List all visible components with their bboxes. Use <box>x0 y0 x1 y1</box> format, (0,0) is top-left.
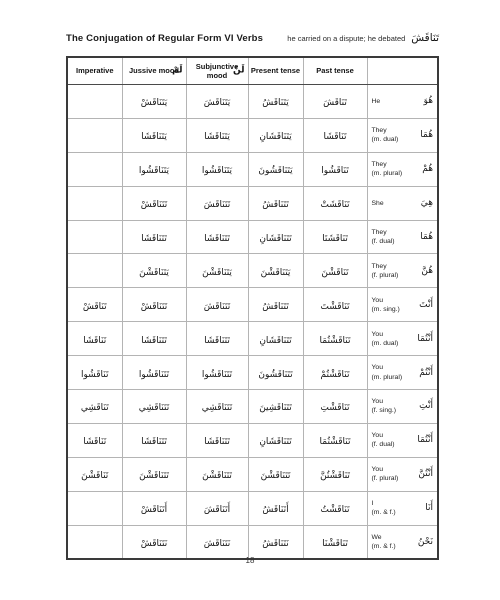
jussive-particle-arabic: لَمْ <box>172 65 182 76</box>
imperative-cell <box>67 85 122 119</box>
jussive-cell: تَتَنَاقَشُوا <box>122 356 186 390</box>
subjunctive-arabic-text: يَتَنَاقَشَ <box>204 98 230 108</box>
present-arabic-text: تَتَنَاقَشُ <box>262 200 288 210</box>
subjunctive-cell: أَتَنَاقَشَ <box>186 491 248 525</box>
imperative-arabic-text: تَنَاقَشْنَ <box>81 471 108 481</box>
pronoun-english-note: (m. plural) <box>372 169 403 178</box>
table-row: تَنَاقَشُواتَتَنَاقَشُواتَتَنَاقَشُواتَت… <box>67 356 438 390</box>
pronoun-arabic: أَنْتُمَا <box>417 435 433 445</box>
present-arabic-text: تَتَنَاقَشَانِ <box>259 234 291 244</box>
subjunctive-arabic-text: تَتَنَاقَشَا <box>204 336 230 346</box>
present-cell: تَتَنَاقَشِينَ <box>248 390 303 424</box>
subjunctive-cell: تَتَنَاقَشْنَ <box>186 457 248 491</box>
subjunctive-cell: تَتَنَاقَشُوا <box>186 356 248 390</box>
header-subjunctive-label: Subjunctive mood <box>196 62 239 80</box>
present-arabic-text: أَتَنَاقَشُ <box>262 505 288 515</box>
book-page: The Conjugation of Regular Form VI Verbs… <box>0 0 500 600</box>
pronoun-cell-content: We(m. & f.)نَحْنُ <box>368 533 438 551</box>
present-arabic-text: نَتَنَاقَشُ <box>262 539 288 549</box>
pronoun-arabic: أَنْتُمَا <box>417 334 433 344</box>
pronoun-cell-content: They(f. plural)هُنَّ <box>368 262 438 280</box>
pronoun-english-word: You <box>372 465 383 474</box>
page-headline: The Conjugation of Regular Form VI Verbs… <box>66 32 439 44</box>
pronoun-cell: You(m. sing.)أَنْتَ <box>367 288 438 322</box>
present-cell: أَتَنَاقَشُ <box>248 491 303 525</box>
page-number: 18 <box>0 556 500 565</box>
table-row: تَنَاقَشِيتَتَنَاقَشِيتَتَنَاقَشِيتَتَنَ… <box>67 390 438 424</box>
header-jussive: Jussive moodلَمْ <box>122 57 186 85</box>
subjunctive-arabic-text: تَتَنَاقَشَ <box>204 302 230 312</box>
jussive-cell: تَتَنَاقَشْ <box>122 186 186 220</box>
pronoun-english: You(m. sing.) <box>372 296 400 314</box>
past-arabic-text: تَنَاقَشْتُمَا <box>320 336 351 346</box>
pronoun-english: I(m. & f.) <box>372 499 396 517</box>
pronoun-cell: They(f. dual)هُمَا <box>367 220 438 254</box>
past-cell: تَنَاقَشَتْ <box>303 186 367 220</box>
imperative-arabic-text: تَنَاقَشَا <box>83 437 106 447</box>
pronoun-arabic: أَنْتُمْ <box>419 368 433 378</box>
imperative-cell: تَنَاقَشُوا <box>67 356 122 390</box>
present-arabic-text: تَتَنَاقَشُ <box>262 302 288 312</box>
jussive-cell: أَتَنَاقَشْ <box>122 491 186 525</box>
jussive-cell: يَتَنَاقَشُوا <box>122 152 186 186</box>
present-cell: تَتَنَاقَشَانِ <box>248 423 303 457</box>
pronoun-english: You(f. dual) <box>372 431 395 449</box>
imperative-cell <box>67 118 122 152</box>
subjunctive-cell: تَتَنَاقَشَا <box>186 322 248 356</box>
table-row: يَتَنَاقَشُوايَتَنَاقَشُوايَتَنَاقَشُونَ… <box>67 152 438 186</box>
past-cell: تَنَاقَشْتُمَا <box>303 322 367 356</box>
jussive-cell: تَتَنَاقَشْ <box>122 288 186 322</box>
pronoun-english-note: (f. dual) <box>372 440 395 449</box>
present-cell: يَتَنَاقَشَانِ <box>248 118 303 152</box>
past-cell: تَنَاقَشْتُنَّ <box>303 457 367 491</box>
pronoun-english-note: (m. dual) <box>372 135 399 144</box>
jussive-cell: تَتَنَاقَشَا <box>122 423 186 457</box>
header-present-label: Present tense <box>251 66 300 75</box>
pronoun-cell-content: You(m. sing.)أَنْتَ <box>368 296 438 314</box>
past-arabic-text: تَنَاقَشْتُ <box>320 505 349 515</box>
pronoun-english-note: (m. dual) <box>372 339 399 348</box>
pronoun-cell: You(m. plural)أَنْتُمْ <box>367 356 438 390</box>
present-cell: تَتَنَاقَشْنَ <box>248 457 303 491</box>
jussive-arabic-text: نَتَنَاقَشْ <box>141 539 167 549</box>
subjunctive-particle-arabic: لَنْ <box>233 65 244 76</box>
subjunctive-arabic-text: تَتَنَاقَشُوا <box>202 370 232 380</box>
subjunctive-arabic-text: يَتَنَاقَشُوا <box>202 166 232 176</box>
imperative-arabic-text: تَنَاقَشْ <box>83 302 107 312</box>
pronoun-cell: They(m. dual)هُمَا <box>367 118 438 152</box>
table-row: يَتَنَاقَشَايَتَنَاقَشَايَتَنَاقَشَانِتَ… <box>67 118 438 152</box>
pronoun-english-word: They <box>372 262 387 271</box>
past-cell: تَنَاقَشْتُمْ <box>303 356 367 390</box>
past-cell: تَنَاقَشَا <box>303 118 367 152</box>
header-imperative: Imperative <box>67 57 122 85</box>
past-arabic-text: تَنَاقَشَتَا <box>322 234 348 244</box>
pronoun-english: You(m. dual) <box>372 330 399 348</box>
pronoun-cell: You(f. plural)أَنْتُنَّ <box>367 457 438 491</box>
present-arabic-text: يَتَنَاقَشْنَ <box>261 268 291 278</box>
present-cell: يَتَنَاقَشُونَ <box>248 152 303 186</box>
past-arabic-text: تَنَاقَشَ <box>323 98 347 108</box>
jussive-cell: تَتَنَاقَشَا <box>122 220 186 254</box>
pronoun-arabic: نَحْنُ <box>418 537 433 547</box>
subjunctive-arabic-text: أَتَنَاقَشَ <box>204 505 230 515</box>
jussive-arabic-text: تَتَنَاقَشِي <box>139 403 170 413</box>
subjunctive-cell: يَتَنَاقَشَ <box>186 85 248 119</box>
page-title: The Conjugation of Regular Form VI Verbs <box>66 33 263 44</box>
pronoun-english: He <box>372 97 381 106</box>
pronoun-cell: I(m. & f.)أَنَا <box>367 491 438 525</box>
pronoun-english-word: They <box>372 228 387 237</box>
table-row: تَتَنَاقَشَاتَتَنَاقَشَاتَتَنَاقَشَانِتَ… <box>67 220 438 254</box>
jussive-cell: تَتَنَاقَشْنَ <box>122 457 186 491</box>
pronoun-arabic: هُمْ <box>422 164 433 174</box>
imperative-arabic-text: تَنَاقَشُوا <box>81 370 108 380</box>
pronoun-cell: You(f. dual)أَنْتُمَا <box>367 423 438 457</box>
past-cell: تَنَاقَشَتَا <box>303 220 367 254</box>
pronoun-english-word: You <box>372 363 383 372</box>
jussive-arabic-text: تَتَنَاقَشْ <box>141 302 167 312</box>
pronoun-cell-content: You(f. dual)أَنْتُمَا <box>368 431 438 449</box>
present-arabic-text: تَتَنَاقَشَانِ <box>259 336 291 346</box>
jussive-arabic-text: يَتَنَاقَشَا <box>141 132 167 142</box>
pronoun-cell-content: Sheهِيَ <box>368 198 438 208</box>
subjunctive-arabic-text: يَتَنَاقَشَا <box>204 132 230 142</box>
imperative-cell <box>67 220 122 254</box>
present-cell: تَتَنَاقَشَانِ <box>248 220 303 254</box>
jussive-cell: تَتَنَاقَشَا <box>122 322 186 356</box>
subjunctive-arabic-text: تَتَنَاقَشَا <box>204 437 230 447</box>
pronoun-cell-content: They(m. dual)هُمَا <box>368 126 438 144</box>
past-cell: تَنَاقَشْنَا <box>303 525 367 559</box>
verb-gloss: he carried on a dispute; he debated تَنَ… <box>287 32 439 44</box>
table-row: أَتَنَاقَشْأَتَنَاقَشَأَتَنَاقَشُتَنَاقَ… <box>67 491 438 525</box>
past-arabic-text: تَنَاقَشْتُنَّ <box>320 471 350 481</box>
jussive-arabic-text: تَتَنَاقَشُوا <box>139 370 169 380</box>
verb-gloss-arabic: تَنَاقَشَ <box>411 32 439 44</box>
imperative-cell <box>67 186 122 220</box>
imperative-arabic-text: تَنَاقَشَا <box>83 336 106 346</box>
jussive-arabic-text: تَتَنَاقَشْ <box>141 200 167 210</box>
pronoun-arabic: هِيَ <box>421 198 433 208</box>
past-arabic-text: تَنَاقَشْتَ <box>320 302 349 312</box>
present-arabic-text: تَتَنَاقَشُونَ <box>258 370 292 380</box>
jussive-arabic-text: تَتَنَاقَشَا <box>141 234 167 244</box>
past-cell: تَنَاقَشْتَ <box>303 288 367 322</box>
pronoun-english-word: You <box>372 431 383 440</box>
pronoun-english: They(m. dual) <box>372 126 399 144</box>
pronoun-english: They(f. plural) <box>372 262 399 280</box>
pronoun-english-word: You <box>372 296 383 305</box>
present-arabic-text: تَتَنَاقَشِينَ <box>259 403 292 413</box>
header-past-label: Past tense <box>316 66 354 75</box>
pronoun-english-word: They <box>372 126 387 135</box>
subjunctive-arabic-text: يَتَنَاقَشْنَ <box>202 268 232 278</box>
past-arabic-text: تَنَاقَشْنَ <box>321 268 348 278</box>
conjugation-table-header: Imperative Jussive moodلَمْ Subjunctive … <box>67 57 438 85</box>
present-arabic-text: تَتَنَاقَشَانِ <box>259 437 291 447</box>
jussive-arabic-text: تَتَنَاقَشَا <box>141 336 167 346</box>
present-arabic-text: يَتَنَاقَشَانِ <box>259 132 291 142</box>
present-cell: يَتَنَاقَشُ <box>248 85 303 119</box>
subjunctive-arabic-text: تَتَنَاقَشْنَ <box>202 471 232 481</box>
imperative-cell: تَنَاقَشْنَ <box>67 457 122 491</box>
jussive-cell: يَتَنَاقَشْنَ <box>122 254 186 288</box>
pronoun-arabic: أَنْتِ <box>419 401 433 411</box>
table-row: تَنَاقَشَاتَتَنَاقَشَاتَتَنَاقَشَاتَتَنَ… <box>67 322 438 356</box>
imperative-cell: تَنَاقَشَا <box>67 423 122 457</box>
pronoun-english-note: (m. & f.) <box>372 508 396 517</box>
pronoun-english-note: (m. plural) <box>372 373 403 382</box>
past-arabic-text: تَنَاقَشَتْ <box>320 200 349 210</box>
pronoun-cell: Sheهِيَ <box>367 186 438 220</box>
subjunctive-arabic-text: تَتَنَاقَشِي <box>202 403 233 413</box>
header-present: Present tense <box>248 57 303 85</box>
pronoun-cell-content: Heهُوَ <box>368 96 438 106</box>
jussive-cell: يَتَنَاقَشْ <box>122 85 186 119</box>
present-cell: يَتَنَاقَشْنَ <box>248 254 303 288</box>
pronoun-english-word: He <box>372 97 381 106</box>
subjunctive-arabic-text: تَتَنَاقَشَ <box>204 200 230 210</box>
subjunctive-cell: يَتَنَاقَشُوا <box>186 152 248 186</box>
pronoun-english: They(m. plural) <box>372 160 403 178</box>
pronoun-arabic: هُمَا <box>420 130 433 140</box>
subjunctive-cell: تَتَنَاقَشَ <box>186 186 248 220</box>
imperative-cell <box>67 525 122 559</box>
present-arabic-text: يَتَنَاقَشُونَ <box>258 166 292 176</box>
imperative-cell <box>67 152 122 186</box>
past-cell: تَنَاقَشْتُ <box>303 491 367 525</box>
past-arabic-text: تَنَاقَشْتِ <box>320 403 349 413</box>
pronoun-arabic: أَنْتُنَّ <box>418 469 433 479</box>
pronoun-cell-content: You(m. plural)أَنْتُمْ <box>368 363 438 381</box>
verb-gloss-english: he carried on a dispute; he debated <box>287 34 405 43</box>
imperative-cell: تَنَاقَشِي <box>67 390 122 424</box>
pronoun-english: We(m. & f.) <box>372 533 396 551</box>
pronoun-arabic: هُنَّ <box>421 266 433 276</box>
pronoun-english-word: She <box>372 199 384 208</box>
pronoun-english-note: (f. sing.) <box>372 406 397 415</box>
pronoun-english-word: They <box>372 160 387 169</box>
pronoun-english-note: (f. plural) <box>372 474 399 483</box>
table-row: تَنَاقَشْتَتَنَاقَشْتَتَنَاقَشَتَتَنَاقَ… <box>67 288 438 322</box>
pronoun-cell-content: You(m. dual)أَنْتُمَا <box>368 330 438 348</box>
past-cell: تَنَاقَشْتُمَا <box>303 423 367 457</box>
pronoun-english-word: You <box>372 397 383 406</box>
pronoun-english: They(f. dual) <box>372 228 395 246</box>
table-row: تَنَاقَشَاتَتَنَاقَشَاتَتَنَاقَشَاتَتَنَ… <box>67 423 438 457</box>
past-cell: تَنَاقَشُوا <box>303 152 367 186</box>
past-arabic-text: تَنَاقَشْتُمْ <box>321 370 350 380</box>
past-arabic-text: تَنَاقَشُوا <box>321 166 348 176</box>
subjunctive-arabic-text: تَتَنَاقَشَا <box>204 234 230 244</box>
pronoun-english: You(f. plural) <box>372 465 399 483</box>
subjunctive-cell: تَتَنَاقَشَا <box>186 220 248 254</box>
present-arabic-text: تَتَنَاقَشْنَ <box>261 471 291 481</box>
jussive-arabic-text: يَتَنَاقَشُوا <box>139 166 169 176</box>
table-row: تَتَنَاقَشْتَتَنَاقَشَتَتَنَاقَشُتَنَاقَ… <box>67 186 438 220</box>
pronoun-arabic: أَنْتَ <box>419 300 433 310</box>
pronoun-cell: You(f. sing.)أَنْتِ <box>367 390 438 424</box>
pronoun-cell-content: You(f. plural)أَنْتُنَّ <box>368 465 438 483</box>
subjunctive-cell: نَتَنَاقَشَ <box>186 525 248 559</box>
header-subjunctive: Subjunctive moodلَنْ <box>186 57 248 85</box>
imperative-cell <box>67 491 122 525</box>
header-row: Imperative Jussive moodلَمْ Subjunctive … <box>67 57 438 85</box>
pronoun-english-word: We <box>372 533 382 542</box>
table-row: يَتَنَاقَشْنَيَتَنَاقَشْنَيَتَنَاقَشْنَت… <box>67 254 438 288</box>
table-row: تَنَاقَشْنَتَتَنَاقَشْنَتَتَنَاقَشْنَتَت… <box>67 457 438 491</box>
pronoun-arabic: هُوَ <box>424 96 433 106</box>
pronoun-english: You(m. plural) <box>372 363 403 381</box>
pronoun-english: You(f. sing.) <box>372 397 397 415</box>
subjunctive-cell: يَتَنَاقَشْنَ <box>186 254 248 288</box>
pronoun-cell: Heهُوَ <box>367 85 438 119</box>
past-arabic-text: تَنَاقَشْتُمَا <box>320 437 351 447</box>
pronoun-cell-content: I(m. & f.)أَنَا <box>368 499 438 517</box>
header-pronoun <box>367 57 438 85</box>
pronoun-english-note: (m. sing.) <box>372 305 400 314</box>
header-past: Past tense <box>303 57 367 85</box>
jussive-arabic-text: تَتَنَاقَشَا <box>141 437 167 447</box>
jussive-cell: تَتَنَاقَشِي <box>122 390 186 424</box>
pronoun-cell-content: They(f. dual)هُمَا <box>368 228 438 246</box>
present-cell: تَتَنَاقَشَانِ <box>248 322 303 356</box>
pronoun-cell: We(m. & f.)نَحْنُ <box>367 525 438 559</box>
imperative-cell: تَنَاقَشْ <box>67 288 122 322</box>
subjunctive-cell: تَتَنَاقَشِي <box>186 390 248 424</box>
conjugation-table-body: يَتَنَاقَشْيَتَنَاقَشَيَتَنَاقَشُتَنَاقَ… <box>67 85 438 560</box>
pronoun-english: She <box>372 199 384 208</box>
jussive-cell: نَتَنَاقَشْ <box>122 525 186 559</box>
pronoun-cell: You(m. dual)أَنْتُمَا <box>367 322 438 356</box>
pronoun-cell: They(m. plural)هُمْ <box>367 152 438 186</box>
pronoun-english-note: (m. & f.) <box>372 542 396 551</box>
imperative-cell <box>67 254 122 288</box>
pronoun-english-note: (f. dual) <box>372 237 395 246</box>
pronoun-cell-content: They(m. plural)هُمْ <box>368 160 438 178</box>
pronoun-english-note: (f. plural) <box>372 271 399 280</box>
subjunctive-cell: يَتَنَاقَشَا <box>186 118 248 152</box>
conjugation-table: Imperative Jussive moodلَمْ Subjunctive … <box>66 56 439 560</box>
pronoun-cell: They(f. plural)هُنَّ <box>367 254 438 288</box>
jussive-arabic-text: أَتَنَاقَشْ <box>141 505 167 515</box>
present-arabic-text: يَتَنَاقَشُ <box>262 98 288 108</box>
past-arabic-text: تَنَاقَشَا <box>323 132 346 142</box>
imperative-cell: تَنَاقَشَا <box>67 322 122 356</box>
present-cell: تَتَنَاقَشُونَ <box>248 356 303 390</box>
pronoun-arabic: هُمَا <box>420 232 433 242</box>
subjunctive-arabic-text: نَتَنَاقَشَ <box>204 539 230 549</box>
header-imperative-label: Imperative <box>76 66 114 75</box>
table-row: نَتَنَاقَشْنَتَنَاقَشَنَتَنَاقَشُتَنَاقَ… <box>67 525 438 559</box>
pronoun-arabic: أَنَا <box>425 503 433 513</box>
subjunctive-cell: تَتَنَاقَشَا <box>186 423 248 457</box>
pronoun-english-word: I <box>372 499 374 508</box>
subjunctive-cell: تَتَنَاقَشَ <box>186 288 248 322</box>
present-cell: تَتَنَاقَشُ <box>248 186 303 220</box>
past-cell: تَنَاقَشَ <box>303 85 367 119</box>
pronoun-cell-content: You(f. sing.)أَنْتِ <box>368 397 438 415</box>
jussive-cell: يَتَنَاقَشَا <box>122 118 186 152</box>
jussive-arabic-text: يَتَنَاقَشْ <box>141 98 167 108</box>
table-row: يَتَنَاقَشْيَتَنَاقَشَيَتَنَاقَشُتَنَاقَ… <box>67 85 438 119</box>
past-cell: تَنَاقَشْتِ <box>303 390 367 424</box>
pronoun-english-word: You <box>372 330 383 339</box>
present-cell: تَتَنَاقَشُ <box>248 288 303 322</box>
past-arabic-text: تَنَاقَشْنَا <box>322 539 348 549</box>
imperative-arabic-text: تَنَاقَشِي <box>81 403 109 413</box>
jussive-arabic-text: يَتَنَاقَشْنَ <box>139 268 169 278</box>
past-cell: تَنَاقَشْنَ <box>303 254 367 288</box>
jussive-arabic-text: تَتَنَاقَشْنَ <box>139 471 169 481</box>
present-cell: نَتَنَاقَشُ <box>248 525 303 559</box>
